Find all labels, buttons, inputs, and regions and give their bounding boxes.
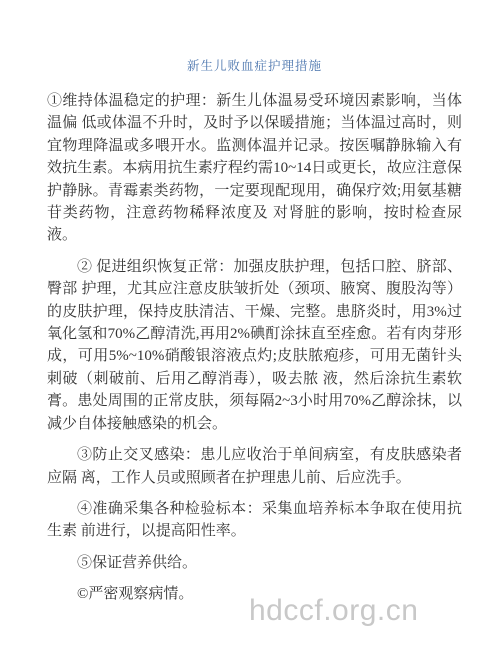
site-watermark: hdccf.org.cn <box>249 593 418 629</box>
document-page: 新生儿败血症护理措施 ①维持体温稳定的护理：新生儿体温易受环境因素影响，当体温偏… <box>47 58 462 615</box>
paragraph-3-cross-infection: ③防止交叉感染：患儿应收治于单间病室，有皮肤感染者应隔 离，工作人员或照顾者在护… <box>47 444 462 489</box>
paragraph-4-specimen-collection: ④准确采集各种检验标本：采集血培养标本争取在使用抗生素 前进行，以提高阳性率。 <box>47 498 462 543</box>
paragraph-1-temperature-care: ①维持体温稳定的护理：新生儿体温易受环境因素影响，当体温偏 低或体温不升时，及时… <box>47 90 462 247</box>
page-title: 新生儿败血症护理措施 <box>47 58 462 74</box>
paragraph-5-nutrition: ⑤保证营养供给。 <box>47 552 462 574</box>
paragraph-2-tissue-recovery: ② 促进组织恢复正常：加强皮肤护理，包括口腔、脐部、臀部 护理，尤其应注意皮肤皱… <box>47 256 462 435</box>
